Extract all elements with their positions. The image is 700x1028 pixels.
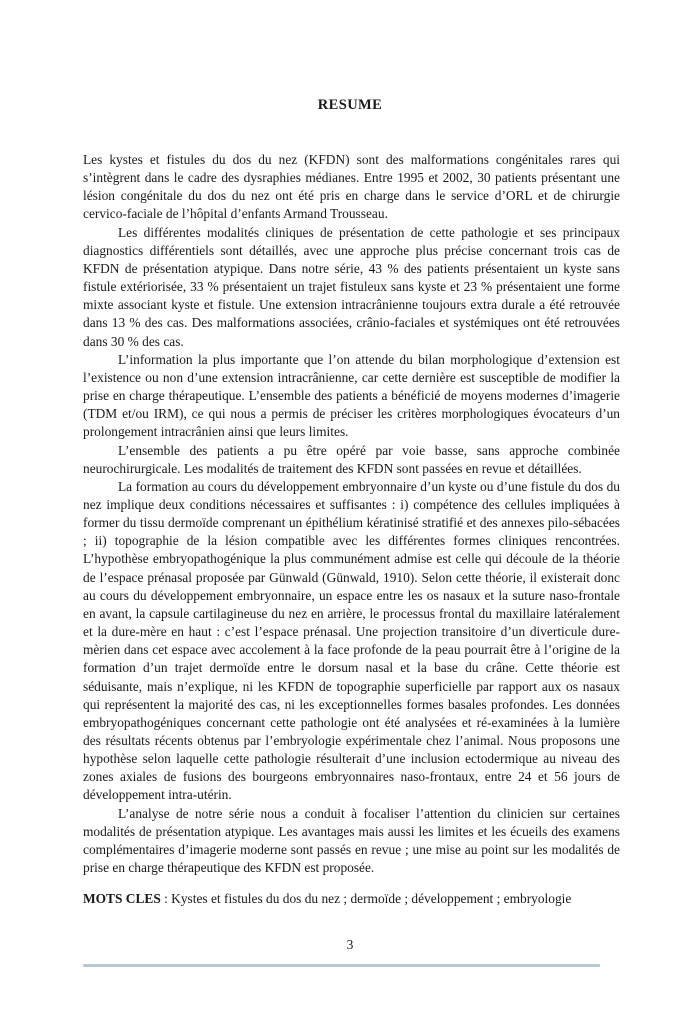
abstract-paragraph: Les kystes et fistules du dos du nez (KF… (83, 151, 620, 224)
keywords-line: MOTS CLES : Kystes et fistules du dos du… (83, 890, 620, 908)
page-number: 3 (0, 937, 700, 953)
document-page: RESUME Les kystes et fistules du dos du … (0, 0, 700, 1028)
abstract-paragraph: L’ensemble des patients a pu être opéré … (83, 442, 620, 478)
page-title: RESUME (0, 97, 700, 114)
footer-rule (83, 964, 600, 967)
abstract-body: Les kystes et fistules du dos du nez (KF… (83, 151, 620, 908)
keywords-text: : Kystes et fistules du dos du nez ; der… (161, 891, 572, 906)
abstract-paragraph: La formation au cours du développement e… (83, 478, 620, 805)
abstract-paragraph: L’analyse de notre série nous a conduit … (83, 805, 620, 878)
abstract-paragraph: Les différentes modalités cliniques de p… (83, 224, 620, 351)
keywords-label: MOTS CLES (83, 891, 161, 906)
abstract-paragraph: L’information la plus importante que l’o… (83, 351, 620, 442)
